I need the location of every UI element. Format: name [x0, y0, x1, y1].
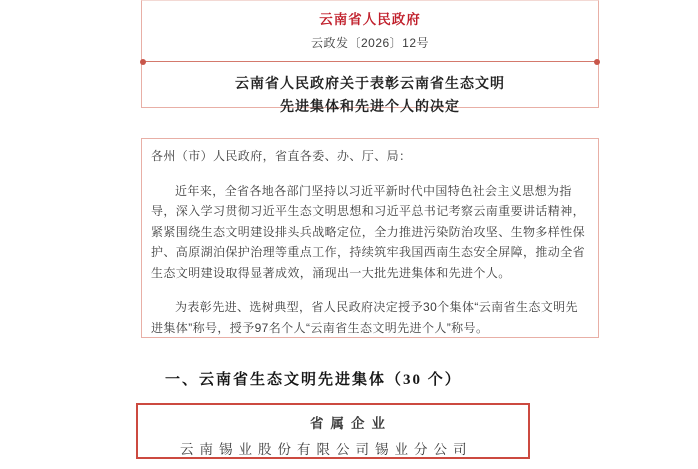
divider-dot-right-icon	[594, 59, 600, 65]
award-group-box: 省属企业 云南锡业股份有限公司锡业分公司	[136, 403, 530, 459]
award-group-title: 省属企业	[180, 412, 522, 432]
document-title-line1: 云南省人民政府关于表彰云南省生态文明	[142, 72, 598, 95]
document-page: 云南省人民政府 云政发〔2026〕12号 云南省人民政府关于表彰云南省生态文明 …	[0, 0, 698, 469]
document-letterhead: 云南省人民政府 云政发〔2026〕12号 云南省人民政府关于表彰云南省生态文明 …	[141, 0, 599, 108]
document-body: 各州（市）人民政府，省直各委、办、厅、局： 近年来，全省各地各部门坚持以习近平新…	[141, 138, 599, 338]
document-number: 云政发〔2026〕12号	[142, 34, 598, 51]
body-paragraph-2: 为表彰先进、选树典型，省人民政府决定授予30个集体“云南省生态文明先进集体”称号…	[151, 297, 589, 338]
letterhead-divider	[142, 61, 598, 62]
document-title: 云南省人民政府关于表彰云南省生态文明 先进集体和先进个人的决定	[142, 72, 598, 118]
award-list-item: 云南锡业股份有限公司锡业分公司	[180, 438, 522, 458]
body-paragraph-1: 近年来，全省各地各部门坚持以习近平新时代中国特色社会主义思想为指导，深入学习贯彻…	[151, 181, 589, 284]
issuer-name: 云南省人民政府	[142, 8, 598, 28]
document-title-line2: 先进集体和先进个人的决定	[142, 95, 598, 118]
divider-dot-left-icon	[140, 59, 146, 65]
section-heading-advanced-collectives: 一、云南省生态文明先进集体（30 个）	[165, 368, 462, 389]
salutation-line: 各州（市）人民政府，省直各委、办、厅、局：	[151, 146, 589, 167]
